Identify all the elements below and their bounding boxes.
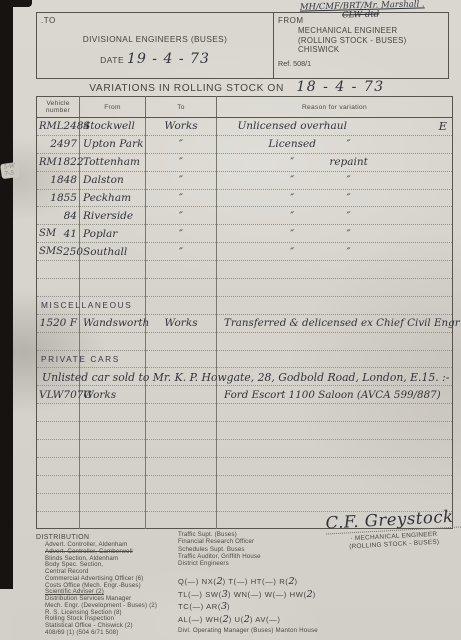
column-header: Reason for variation [217,97,453,118]
garage-code-line: TC(—) AR(3) [178,601,398,614]
reason-text-secondary: ″ [347,138,351,150]
from-garage: Works [80,389,116,401]
row-flag: E [439,119,447,133]
variations-table: Vehicle numberFromToReason for variation… [36,96,453,529]
top-right-annotation: MH/CMF/BRT/Mr. Marshall . CLW dtd [300,0,425,22]
from-garage: Peckham [80,192,131,204]
reason-text-secondary: ″ [347,210,351,222]
reason-text: ″ [290,156,294,168]
to-destination: ″ [179,192,183,204]
from-garage: Poplar [80,228,117,240]
garage-code-line: Q(—) NX(2) T(—) HT(—) R(2) [178,576,398,589]
vehicle-number: SM41 [37,228,79,240]
table-row: RM1822Tottenham″″repaint [37,153,453,171]
table-row [37,493,453,511]
date-label: DATE [100,55,124,65]
distribution-item: 408/69 (1) (504 6/71 508) [36,630,188,637]
recipient-item: Schedules Supt. Buses [178,546,318,553]
garage-code-grid: Q(—) NX(2) T(—) HT(—) R(2)TL(—) SW(3) WN… [178,576,398,626]
from-garage: Tottenham [80,156,140,168]
recipient-item: Financial Research Officer [178,538,318,545]
reason-text-secondary: ″ [347,228,351,240]
date-value-handwritten: 19 - 4 - 73 [127,51,210,67]
from-cell: FROM MECHANICAL ENGINEER (ROLLING STOCK … [273,13,448,78]
distribution-heading: DISTRIBUTION [36,534,188,541]
to-destination: ″ [179,174,183,186]
address-header-box: .TO DIVISIONAL ENGINEERS (BUSES) DATE 19… [36,12,449,79]
reason-text: ″ [290,174,294,186]
scanned-paper: MH/CMF/BRT/Mr. Marshall . CLW dtd .TO DI… [13,0,461,640]
recipients-list: Traffic Supt. (Buses)Financial Research … [178,531,318,567]
from-garage: Riverside [80,210,133,222]
table-row: Unlisted car sold to Mr. K. P. Howgate, … [37,368,453,386]
table-header-row: Vehicle numberFromToReason for variation [37,97,453,118]
garage-code-line: AL(—) WH(2) U(2) AV(—) [178,614,398,627]
from-line-3: CHISWICK [298,45,407,55]
vehicle-number: 1848 [37,174,79,186]
vehicle-number: 84 [37,210,79,222]
table-row: 1848Dalston″″″ [37,171,453,189]
column-header: From [80,97,146,118]
section-label: PRIVATE CARS [41,354,120,364]
table-row: 84Riverside″″″ [37,207,453,225]
vehicle-number: RM1822 [37,156,79,168]
table-row [37,422,453,440]
vehicle-number: 2497 [37,138,79,150]
recipient-item: Traffic Auditor, Griffith House [178,553,318,560]
to-value: DIVISIONAL ENGINEERS (BUSES) [37,34,273,44]
table-row [37,440,453,458]
table-row: 2497Upton Park″Licensed″ [37,135,453,153]
recipient-item: District Engineers [178,560,318,567]
scan-edge-shadow [0,0,13,589]
reference-number: Ref. 508/1 [278,59,311,68]
vehicle-number: SMS250 [37,246,79,258]
recipient-item: Traffic Supt. (Buses) [178,531,318,538]
reason-text-secondary: ″ [347,174,351,186]
from-garage: Southall [80,246,127,258]
from-garage: Wandsworth [80,317,149,329]
to-destination: ″ [179,138,183,150]
column-header: Vehicle number [37,97,80,118]
table-row [37,475,453,493]
signature-block: C.F. Greystock · MECHANICAL ENGINEER (RO… [325,506,461,551]
table-row [37,457,453,475]
column-header: To [146,97,217,118]
table-row: MISCELLANEOUS [37,296,453,314]
from-garage: Dalston [80,174,124,186]
operating-manager-line: Divl. Operating Manager (Buses) Manton H… [178,627,318,634]
form-title: VARIATIONS IN ROLLING STOCK ON 18 - 4 - … [13,78,461,96]
table-row: SM41Poplar″″″ [37,225,453,243]
from-address: MECHANICAL ENGINEER (ROLLING STOCK - BUS… [298,26,407,55]
date-row: DATE 19 - 4 - 73 [37,51,273,67]
reason-text: ″ [290,210,294,222]
from-line-2: (ROLLING STOCK - BUSES) [298,36,407,46]
to-destination: Works [164,317,197,329]
table-row: 1520 FWandsworthWorksTransferred & delic… [37,314,453,332]
reason-text: ″ [290,246,294,258]
to-destination: Works [164,120,197,132]
table-row: RML2484StockwellWorksUnlicensed overhaul… [37,118,453,136]
reason-text: Licensed [268,138,316,150]
vehicle-number: RML2484 [37,120,79,132]
margin-note-line-2: 7-5 [4,170,16,178]
reason-text-secondary: repaint [329,156,368,168]
table-row: 1855Peckham″″″ [37,189,453,207]
from-line-1: MECHANICAL ENGINEER [298,26,407,36]
garage-code-line: TL(—) SW(3) WN(—) W(—) HW(2) [178,589,398,602]
section-label: MISCELLANEOUS [41,300,132,310]
vehicle-number: 1520 F [37,317,79,329]
margin-pencil-note: 5-W 7-5 [0,162,20,179]
to-destination: ″ [179,210,183,222]
reason-text: Ford Escort 1100 Saloon (AVCA 599/887) [224,389,441,401]
reason-text: ″ [290,192,294,204]
from-garage: Stockwell [80,120,135,132]
reason-text: ″ [290,228,294,240]
to-destination: ″ [179,228,183,240]
table-row: PRIVATE CARS [37,350,453,368]
form-title-date-handwritten: 18 - 4 - 73 [296,79,384,95]
to-label: .TO [41,16,56,25]
handwritten-note-line: Unlisted car sold to Mr. K. P. Howgate, … [42,371,449,384]
table-row [37,404,453,422]
table-row: SMS250Southall″″″ [37,243,453,261]
to-destination: ″ [179,156,183,168]
reason-text-secondary: ″ [347,192,351,204]
form-title-printed: VARIATIONS IN ROLLING STOCK ON [89,83,284,94]
table-row [37,332,453,350]
scan-corner-mark [10,0,32,7]
reason-text: Unlicensed overhaul [237,120,346,132]
table-row: VLW707GWorksFord Escort 1100 Saloon (AVC… [37,386,453,404]
table-row [37,279,453,297]
from-garage: Upton Park [80,138,143,150]
reason-text-secondary: ″ [347,246,351,258]
table-row [37,261,453,279]
reason-text: Transferred & delicensed ex Chief Civil … [224,317,461,329]
vehicle-number: VLW707G [37,389,79,401]
distribution-list: DISTRIBUTION Advert. Controller, Aldenha… [36,534,188,637]
vehicle-number: 1855 [37,192,79,204]
to-destination: ″ [179,246,183,258]
to-cell: .TO DIVISIONAL ENGINEERS (BUSES) DATE 19… [37,13,273,78]
